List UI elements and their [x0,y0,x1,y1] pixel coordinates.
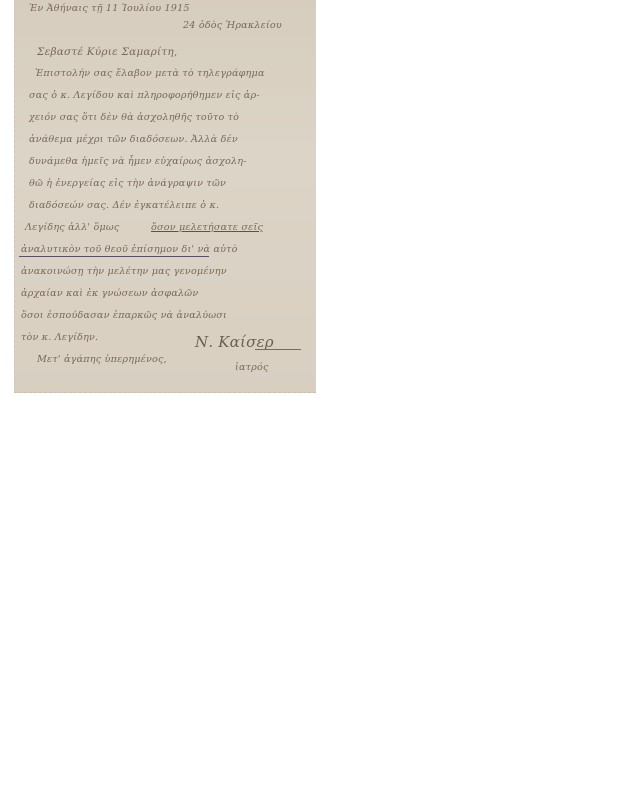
body-line: δυνάμεθα ἡμεῖς νὰ ἦμεν εὐχαίρως ἀσχολη- [29,156,247,167]
letter-paper: Ἐν Ἀθήναις τῇ 11 Ἰουλίου 1915 24 ὁδὸς Ἡρ… [14,0,316,393]
salutation: Σεβαστέ Κύριε Σαμαρίτη, [37,46,177,58]
body-line: ἀναλυτικὸν τοῦ θεοῦ ἐπίσημον δι' νὰ αὐτὸ [21,244,238,255]
underline-mark [19,256,209,257]
body-line: διαδόσεών σας. Δέν ἐγκατέλειπε ὁ κ. [29,200,219,211]
body-line: ἀρχαίαν καὶ ἐκ γνώσεων ἀσφαλῶν [21,288,198,299]
body-line: ἀνάθεμα μέχρι τῶν διαδόσεων. Ἀλλὰ δέν [29,134,238,145]
body-line: σας ὁ κ. Λεγίδου καὶ πληροφορήθημεν εἰς … [29,90,260,101]
signature-note: ἰατρός [235,362,269,373]
body-line: ἀνακοινώσῃ τὴν μελέτην μας γενομένην [21,266,227,277]
body-line: θῶ ἡ ἐνεργείας εἰς τὴν ἀνάγραψιν τῶν [29,178,226,189]
body-line: χειόν σας ὅτι δὲν θὰ ἀσχοληθῆς τοῦτο τὸ [29,112,239,123]
body-line: Ἐπιστολήν σας ἔλαβον μετὰ τὸ τηλεγράφημα [35,68,265,79]
signature-flourish [255,349,301,350]
underlined-phrase: ὅσον μελετήσατε σεῖς [151,222,263,233]
body-line: τὸν κ. Λεγίδην. [21,332,98,343]
body-line: Λεγίδης ἀλλ' ὅμως [25,222,119,233]
closing: Μετ' ἀγάπης ὑπερημένος, [37,354,167,365]
body-line: ὅσοι ἐσπούδασαν ἐπαρκῶς νὰ ἀναλύωσι [21,310,227,321]
place-date: Ἐν Ἀθήναις τῇ 11 Ἰουλίου 1915 [29,3,190,14]
address: 24 ὁδὸς Ἡρακλείου [183,20,282,31]
